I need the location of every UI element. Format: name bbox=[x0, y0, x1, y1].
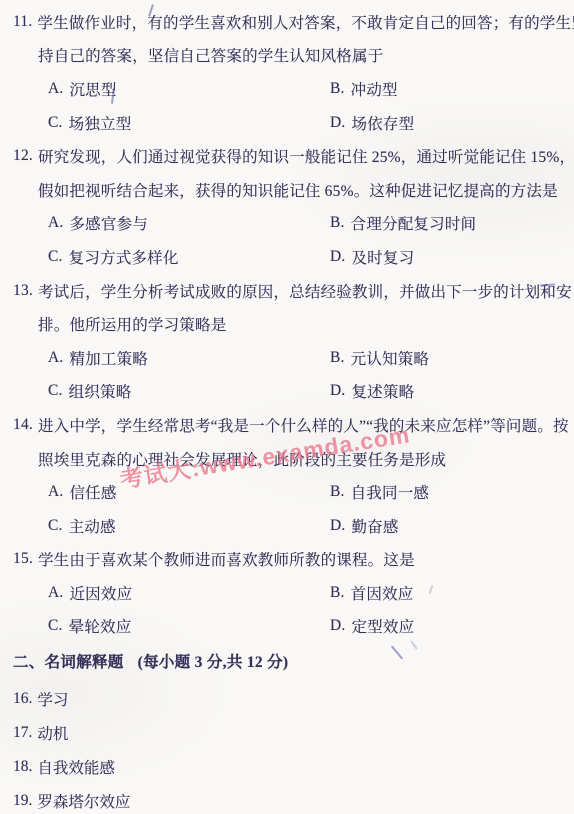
question-14-text: 进入中学，学生经常思考“我是一个什么样的人”“我的未来应怎样”等问题。按 bbox=[38, 414, 569, 436]
question-15-line-1: 15. 学生由于喜欢某个教师进而喜欢教师所教的课程。这是 bbox=[0, 543, 574, 577]
term-16-text: 学习 bbox=[37, 688, 68, 710]
option-11-d: D. 场依存型 bbox=[330, 112, 414, 134]
section-2-header: 二、名词解释题 (每小题 3 分,共 12 分) bbox=[0, 643, 574, 679]
option-15-c: C. 晕轮效应 bbox=[48, 615, 330, 637]
question-15-number: 15. bbox=[13, 550, 33, 568]
term-17: 17. 动机 bbox=[0, 716, 574, 750]
question-11-options-ab: A. 沉思型 B. 冲动型 bbox=[0, 72, 574, 106]
question-15-text: 学生由于喜欢某个教师进而喜欢教师所教的课程。这是 bbox=[38, 548, 415, 570]
term-16: 16. 学习 bbox=[0, 682, 574, 716]
question-11-text: 学生做作业时，有的学生喜欢和别人对答案，不敢肯定自己的回答；有的学生坚 bbox=[37, 11, 574, 33]
question-11-line-2: 持自己的答案，坚信自己答案的学生认知风格属于 bbox=[0, 39, 574, 73]
question-12-options-ab: A. 多感官参与 B. 合理分配复习时间 bbox=[0, 207, 574, 241]
term-19-text: 罗森塔尔效应 bbox=[37, 790, 130, 812]
question-11-number: 11. bbox=[13, 13, 32, 31]
question-13-options-cd: C. 组织策略 D. 复述策略 bbox=[0, 375, 574, 409]
option-14-d: D. 勤奋感 bbox=[330, 515, 399, 537]
question-14-line-1: 14. 进入中学，学生经常思考“我是一个什么样的人”“我的未来应怎样”等问题。按 bbox=[0, 408, 574, 442]
exam-document: 11. 学生做作业时，有的学生喜欢和别人对答案，不敢肯定自己的回答；有的学生坚 … bbox=[0, 0, 574, 814]
question-14-line-2: 照埃里克森的心理社会发展理论，此阶段的主要任务是形成 bbox=[0, 442, 574, 476]
option-15-a: A. 近因效应 bbox=[48, 582, 330, 604]
option-15-d: D. 定型效应 bbox=[330, 615, 414, 637]
option-13-d: D. 复述策略 bbox=[330, 380, 414, 402]
question-12-line-2: 假如把视听结合起来，获得的知识能记住 65%。这种促进记忆提高的方法是 bbox=[0, 173, 574, 207]
option-11-b: B. 冲动型 bbox=[330, 78, 398, 100]
question-11-options-cd: C. 场独立型 D. 场依存型 bbox=[0, 106, 574, 140]
question-15-options-ab: A. 近因效应 B. 首因效应 bbox=[0, 576, 574, 610]
section-2-title: 二、名词解释题 bbox=[13, 650, 124, 672]
option-14-c: C. 主动感 bbox=[48, 515, 330, 537]
term-18: 18. 自我效能感 bbox=[0, 750, 574, 784]
option-12-d: D. 及时复习 bbox=[330, 246, 414, 268]
question-12-options-cd: C. 复习方式多样化 D. 及时复习 bbox=[0, 240, 574, 274]
question-12-line-1: 12. 研究发现，人们通过视觉获得的知识一般能记住 25%，通过听觉能记住 15… bbox=[0, 139, 574, 173]
option-11-c: C. 场独立型 bbox=[48, 112, 330, 134]
option-13-a: A. 精加工策略 bbox=[48, 347, 330, 369]
option-11-a: A. 沉思型 bbox=[48, 78, 330, 100]
option-12-a: A. 多感官参与 bbox=[48, 212, 330, 234]
question-13-line-2: 排。他所运用的学习策略是 bbox=[0, 307, 574, 341]
question-13-options-ab: A. 精加工策略 B. 元认知策略 bbox=[0, 341, 574, 375]
option-12-b: B. 合理分配复习时间 bbox=[330, 212, 476, 234]
option-13-b: B. 元认知策略 bbox=[330, 347, 429, 369]
question-15-options-cd: C. 晕轮效应 D. 定型效应 bbox=[0, 610, 574, 644]
question-13-number: 13. bbox=[13, 282, 33, 300]
question-14-options-ab: A. 信任感 B. 自我同一感 bbox=[0, 475, 574, 509]
question-13-text: 考试后，学生分析考试成败的原因，总结经验教训，并做出下一步的计划和安 bbox=[38, 280, 572, 302]
term-19: 19. 罗森塔尔效应 bbox=[0, 784, 574, 814]
question-11-line-1: 11. 学生做作业时，有的学生喜欢和别人对答案，不敢肯定自己的回答；有的学生坚 bbox=[0, 5, 574, 39]
question-14-options-cd: C. 主动感 D. 勤奋感 bbox=[0, 509, 574, 543]
option-14-b: B. 自我同一感 bbox=[330, 481, 429, 503]
option-13-c: C. 组织策略 bbox=[48, 380, 330, 402]
option-14-a: A. 信任感 bbox=[48, 481, 330, 503]
option-15-b: B. 首因效应 bbox=[330, 582, 413, 604]
question-13-line-1: 13. 考试后，学生分析考试成败的原因，总结经验教训，并做出下一步的计划和安 bbox=[0, 274, 574, 308]
question-12-number: 12. bbox=[13, 147, 33, 165]
question-14-number: 14. bbox=[13, 416, 33, 434]
term-17-text: 动机 bbox=[37, 722, 68, 744]
option-12-c: C. 复习方式多样化 bbox=[48, 246, 330, 268]
terms-list: 16. 学习 17. 动机 18. 自我效能感 19. 罗森塔尔效应 bbox=[0, 682, 574, 814]
term-18-text: 自我效能感 bbox=[37, 756, 115, 778]
exam-page: { "page": { "background": "#f9f8f6", "in… bbox=[0, 0, 574, 814]
question-12-text: 研究发现，人们通过视觉获得的知识一般能记住 25%，通过听觉能记住 15%， bbox=[38, 145, 574, 167]
section-2-points: (每小题 3 分,共 12 分) bbox=[138, 650, 289, 672]
